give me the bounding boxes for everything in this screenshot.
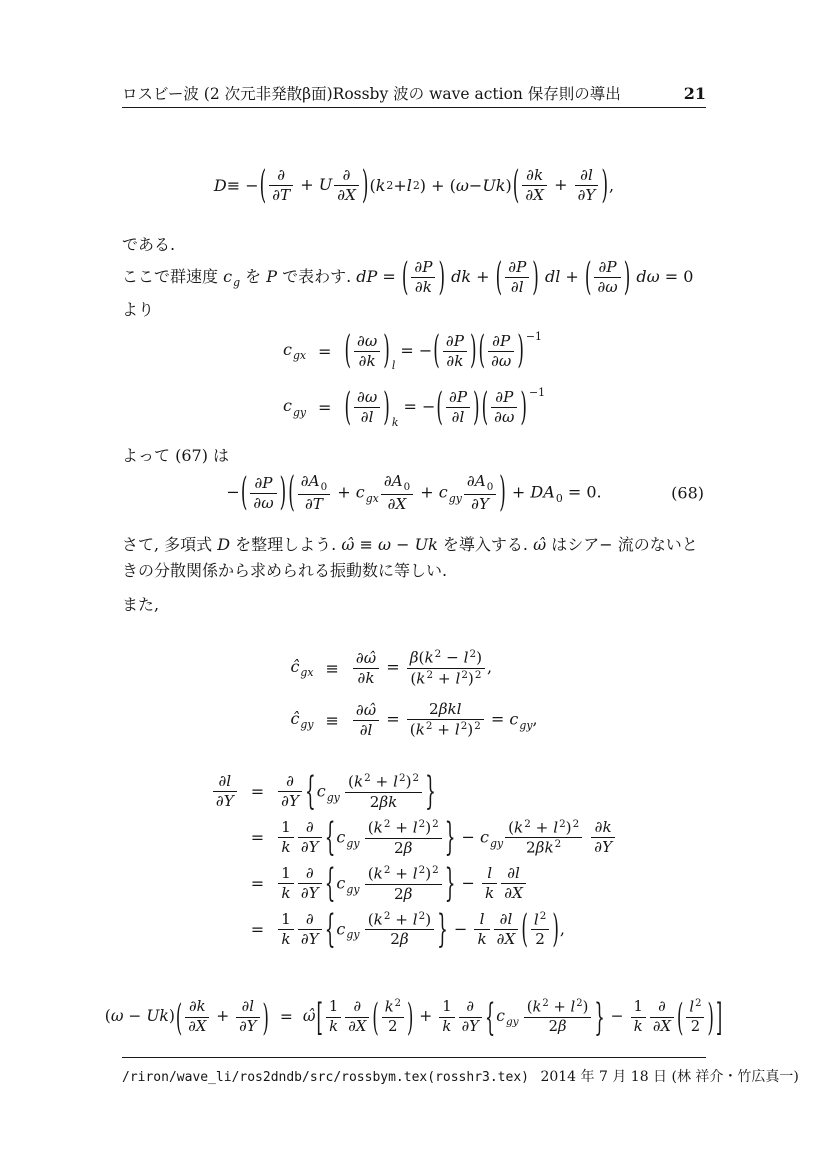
document-page: ロスビー波 (2 次元非発散β面)Rossby 波の wave action 保…	[0, 0, 826, 1169]
header-rule	[122, 107, 706, 108]
chat-gy-lhs: ĉgy	[290, 709, 313, 731]
lasteq-relation: =	[280, 1008, 293, 1026]
lasteq-lhs: (ω − Uk)(∂k∂X + ∂l∂Y)	[105, 998, 270, 1036]
dly-rhs-4: 1k∂∂Y{cgy (k2 + l2)2β} − lk∂l∂X(l22),	[276, 910, 565, 950]
cgx-relation: =	[318, 342, 331, 361]
lasteq-rhs: ω̂[1k∂∂X(k22) + 1k∂∂Y{cgy (k2 + l2)2β} −…	[303, 998, 723, 1036]
header-title: ロスビー波 (2 次元非発散β面)Rossby 波の wave action 保…	[122, 82, 621, 104]
equation-display-68: −(∂P∂ω)(∂A0∂T + cgx∂A0∂X + cgy∂A0∂Y) + D…	[122, 472, 706, 514]
page-number: 21	[684, 84, 706, 103]
dly-relation-3: =	[251, 874, 264, 893]
cgx-rhs: (∂ω∂k)l = −(∂P∂k)(∂P∂ω)−1	[343, 330, 541, 372]
equation-68-tag: (68)	[671, 484, 704, 503]
chat-gx-rhs: ∂ω̂∂k = β(k2 − l2)(k2 + l2)2,	[351, 648, 492, 688]
dly-relation-1: =	[251, 782, 264, 801]
footer-rule	[122, 1057, 706, 1058]
page-footer: /riron/wave_li/ros2dndb/src/rossbym.tex(…	[122, 1066, 706, 1086]
equation-group-cg: cgx = (∂ω∂k)l = −(∂P∂k)(∂P∂ω)−1 cgy = (∂…	[122, 330, 706, 429]
dly-rhs-1: ∂∂Y{cgy (k2 + l2)22βk}	[276, 772, 437, 812]
chat-gy-rhs: ∂ω̂∂l = 2βkl(k2 + l2)2 = cgy,	[351, 700, 538, 740]
cgy-lhs: cgy	[283, 396, 306, 418]
cgy-relation: =	[318, 398, 331, 417]
footer-file-path: /riron/wave_li/ros2dndb/src/rossbym.tex(…	[122, 1070, 529, 1085]
dly-relation-4: =	[251, 920, 264, 939]
equation-group-dly: ∂l∂Y = ∂∂Y{cgy (k2 + l2)22βk} = 1k∂∂Y{cg…	[122, 772, 706, 949]
paragraph-dearu: である.	[122, 232, 706, 255]
chat-gx-lhs: ĉgx	[290, 657, 313, 679]
page-header: ロスビー波 (2 次元非発散β面)Rossby 波の wave action 保…	[122, 82, 706, 104]
paragraph-mata: また,	[122, 592, 706, 615]
equation-display-d: D ≡ −(∂∂T + U∂∂X) (k2 + l2) + (ω − Uk)(∂…	[122, 166, 706, 205]
chat-gy-relation: ≡	[326, 711, 339, 730]
cgx-lhs: cgx	[283, 340, 306, 362]
paragraph-kokode: ここで群速度 cg を P で表わす. dP = (∂P∂k) dk + (∂P…	[122, 258, 706, 320]
equation-display-last: (ω − Uk)(∂k∂X + ∂l∂Y) = ω̂[1k∂∂X(k22) + …	[103, 998, 725, 1036]
dly-relation-2: =	[251, 828, 264, 847]
dly-rhs-3: 1k∂∂Y{cgy (k2 + l2)22β} − lk∂l∂X	[276, 864, 528, 904]
equation-group-chat: ĉgx ≡ ∂ω̂∂k = β(k2 − l2)(k2 + l2)2, ĉgy …	[122, 648, 706, 740]
footer-date-authors: 2014 年 7 月 18 日 (林 祥介・竹広真一)	[533, 1069, 798, 1085]
footer-date-text: 2014 年 7 月 18 日 (林 祥介・竹広真一)	[540, 1069, 798, 1085]
paragraph-yotte: よって (67) は	[122, 443, 706, 466]
cgy-rhs: (∂ω∂l)k = −(∂P∂l)(∂P∂ω)−1	[343, 386, 545, 428]
dly-rhs-2: 1k∂∂Y{cgy (k2 + l2)22β} − cgy(k2 + l2)22…	[276, 818, 617, 858]
paragraph-sate: さて, 多項式 D を整理しよう. ω̂ ≡ ω − Uk を導入する. ω̂ …	[122, 532, 706, 584]
dly-lhs: ∂l∂Y	[211, 772, 239, 811]
equation-68-body: −(∂P∂ω)(∂A0∂T + cgx∂A0∂X + cgy∂A0∂Y) + D…	[226, 472, 601, 514]
chat-gx-relation: ≡	[326, 659, 339, 678]
